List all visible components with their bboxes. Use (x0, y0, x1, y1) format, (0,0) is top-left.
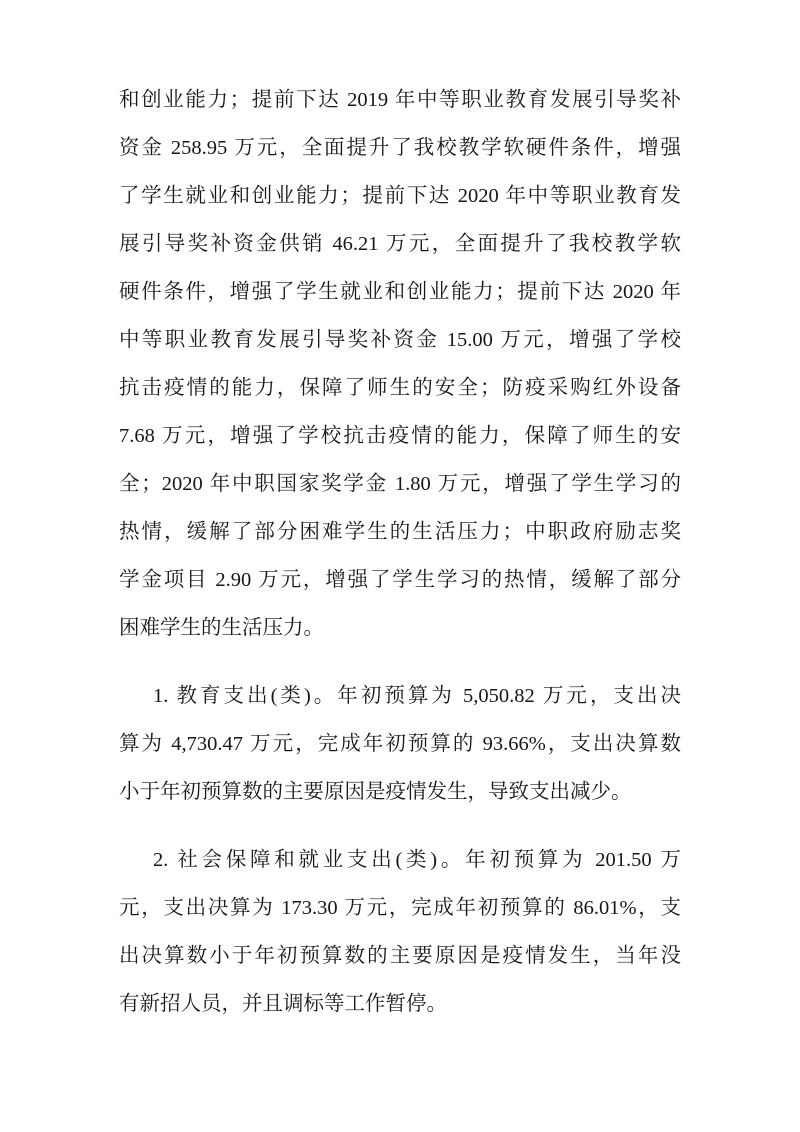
text-line: 元，支出决算为 173.30 万元，完成年初预算的 86.01%，支 (119, 884, 681, 932)
text-line: 出决算数小于年初预算数的主要原因是疫情发生，当年没 (119, 932, 681, 980)
text-line: 资金 258.95 万元，全面提升了我校教学软硬件条件，增强 (119, 124, 681, 172)
document-body: 和创业能力；提前下达 2019 年中等职业教育发展引导奖补资金 258.95 万… (119, 76, 681, 1028)
text-line: 困难学生的生活压力。 (119, 604, 681, 652)
document-page: 和创业能力；提前下达 2019 年中等职业教育发展引导奖补资金 258.95 万… (0, 0, 800, 1132)
text-line: 抗击疫情的能力，保障了师生的安全；防疫采购红外设备 (119, 364, 681, 412)
text-line: 全；2020 年中职国家奖学金 1.80 万元，增强了学生学习的 (119, 460, 681, 508)
text-line: 小于年初预算数的主要原因是疫情发生，导致支出减少。 (119, 768, 681, 816)
social-security-employment-paragraph: 2. 社会保障和就业支出(类)。年初预算为 201.50 万元，支出决算为 17… (119, 836, 681, 1028)
text-line: 硬件条件，增强了学生就业和创业能力；提前下达 2020 年 (119, 268, 681, 316)
text-line: 算为 4,730.47 万元，完成年初预算的 93.66%，支出决算数 (119, 720, 681, 768)
text-line: 2. 社会保障和就业支出(类)。年初预算为 201.50 万 (119, 836, 681, 884)
text-line: 有新招人员，并且调标等工作暂停。 (119, 980, 681, 1028)
education-expenditure-paragraph: 1. 教育支出(类)。年初预算为 5,050.82 万元，支出决算为 4,730… (119, 672, 681, 816)
text-line: 和创业能力；提前下达 2019 年中等职业教育发展引导奖补 (119, 76, 681, 124)
text-line: 热情，缓解了部分困难学生的生活压力；中职政府励志奖 (119, 508, 681, 556)
text-line: 了学生就业和创业能力；提前下达 2020 年中等职业教育发 (119, 172, 681, 220)
text-line: 1. 教育支出(类)。年初预算为 5,050.82 万元，支出决 (119, 672, 681, 720)
text-line: 展引导奖补资金供销 46.21 万元，全面提升了我校教学软 (119, 220, 681, 268)
funding-effects-paragraph: 和创业能力；提前下达 2019 年中等职业教育发展引导奖补资金 258.95 万… (119, 76, 681, 652)
text-line: 学金项目 2.90 万元，增强了学生学习的热情，缓解了部分 (119, 556, 681, 604)
text-line: 7.68 万元，增强了学校抗击疫情的能力，保障了师生的安 (119, 412, 681, 460)
text-line: 中等职业教育发展引导奖补资金 15.00 万元，增强了学校 (119, 316, 681, 364)
